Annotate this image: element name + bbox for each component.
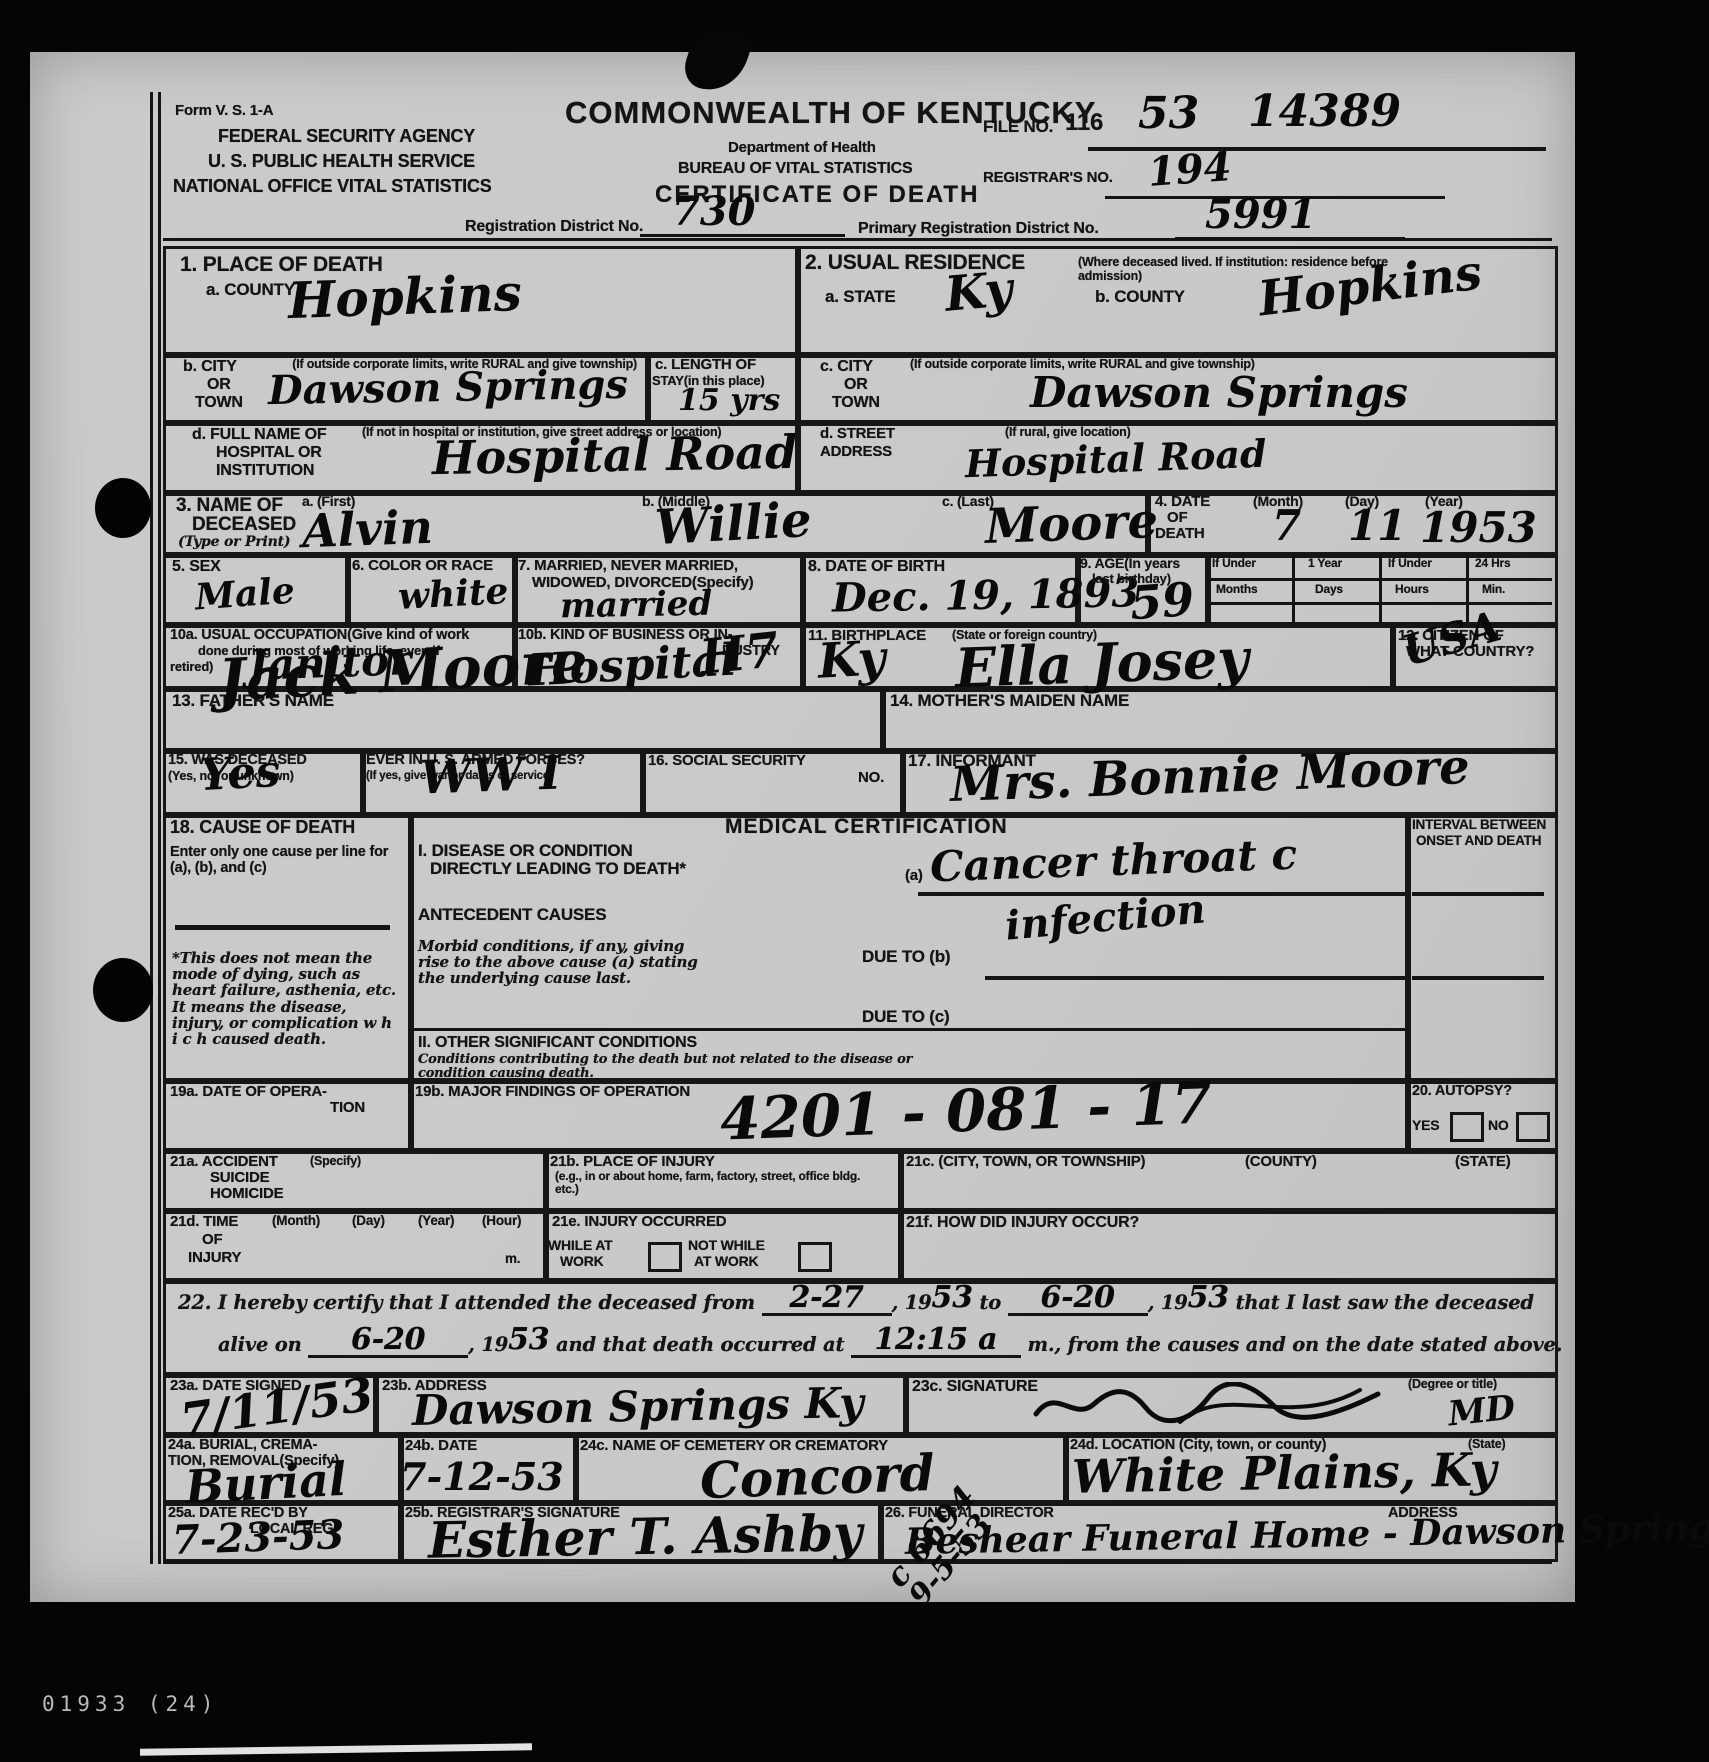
- residence-city-value: Dawson Springs: [1030, 372, 1408, 414]
- certify-time-value: 12:15 a: [874, 1322, 997, 1357]
- street-label-1: d. STREET: [820, 426, 895, 442]
- father-name-annotation: H7: [698, 626, 781, 682]
- other-conditions-note: Conditions contributing to the death but…: [418, 1053, 978, 1082]
- agebox-hline-1: [1205, 578, 1552, 581]
- certify-from-blank: 2-27: [762, 1292, 892, 1316]
- hospital-label-2: HOSPITAL OR: [216, 444, 322, 461]
- form-number: Form V. S. 1-A: [175, 103, 273, 119]
- agebox-sub-4: Min.: [1482, 583, 1505, 596]
- residence-city-label: c. CITY: [820, 358, 873, 375]
- medical-certification-title: MEDICAL CERTIFICATION: [725, 816, 1008, 839]
- physician-signature: [1030, 1382, 1390, 1428]
- agebox-vline-2: [1379, 552, 1382, 622]
- residence-state-label: a. STATE: [825, 288, 896, 306]
- degree-title-value: MD: [1446, 1391, 1516, 1432]
- birthplace-value: Ky: [817, 634, 887, 685]
- interval-label-2: ONSET AND DEATH: [1416, 834, 1541, 849]
- ssn-label-1: 16. SOCIAL SECURITY: [648, 753, 806, 769]
- other-conditions-topline: [408, 1028, 1405, 1031]
- certify-line-2: alive on 6-20, 1953 and that death occur…: [218, 1334, 1562, 1358]
- was-deceased-value: Yes: [199, 750, 282, 798]
- cause-of-death-note: *This does not mean the mode of dying, s…: [172, 950, 402, 1047]
- scanned-death-certificate: Form V. S. 1-A FEDERAL SECURITY AGENCY U…: [0, 0, 1709, 1762]
- homicide-label: HOMICIDE: [210, 1186, 283, 1202]
- agebox-head-3: If Under: [1388, 557, 1432, 570]
- dept-line: Department of Health: [728, 140, 876, 156]
- death-year-value: 1953: [1420, 507, 1537, 549]
- date-of-death-label-2: OF: [1167, 510, 1187, 526]
- certify-to-word: to: [979, 1291, 1001, 1314]
- marital-label-1: 7. MARRIED, NEVER MARRIED,: [518, 558, 738, 574]
- street-value: Hospital Road: [964, 435, 1267, 484]
- while-at-work-label-2: WORK: [560, 1254, 604, 1269]
- interval-line-a: [1412, 892, 1544, 896]
- certify-alive-label: alive on: [218, 1333, 302, 1356]
- sex-value: Male: [194, 573, 296, 616]
- hospital-label-1: d. FULL NAME OF: [192, 426, 326, 443]
- reg-district-label: Registration District No.: [465, 218, 643, 235]
- injury-state-label: (STATE): [1455, 1154, 1511, 1170]
- bureau-line: BUREAU OF VITAL STATISTICS: [678, 160, 913, 177]
- armed-forces-value: WW I: [419, 750, 561, 801]
- agebox-sub-3: Hours: [1395, 583, 1429, 596]
- degree-title-label: (Degree or title): [1408, 1378, 1497, 1392]
- due-to-c-label: DUE TO (c): [862, 1008, 949, 1026]
- other-conditions-label: II. OTHER SIGNIFICANT CONDITIONS: [418, 1034, 697, 1051]
- punch-hole-top: [95, 478, 151, 538]
- antecedent-label: ANTECEDENT CAUSES: [418, 906, 606, 924]
- agency-line-2: U. S. PUBLIC HEALTH SERVICE: [208, 152, 475, 171]
- left-double-rule: [150, 92, 161, 1564]
- agebox-sub-1: Months: [1216, 583, 1257, 596]
- operation-date-label-1: 19a. DATE OF OPERA-: [170, 1084, 327, 1100]
- certify-tail-1: that I last saw the deceased: [1236, 1291, 1534, 1314]
- while-at-work-label-1: WHILE AT: [548, 1238, 613, 1253]
- accident-specify-note: (Specify): [310, 1155, 361, 1169]
- cause-a-value: Cancer throat c: [929, 834, 1297, 889]
- autopsy-label: 20. AUTOPSY?: [1412, 1084, 1512, 1100]
- agebox-hline-2: [1205, 602, 1552, 605]
- injury-day-label: (Day): [352, 1214, 385, 1229]
- occupation-label-3: retired): [170, 660, 213, 674]
- how-injury-label: 21f. HOW DID INJURY OCCUR?: [906, 1214, 1139, 1231]
- time-of-injury-label-1: 21d. TIME: [170, 1214, 238, 1230]
- death-county-label: a. COUNTY: [206, 281, 295, 299]
- ssn-label-2: NO.: [858, 770, 884, 786]
- burial-date-label: 24b. DATE: [405, 1438, 477, 1454]
- registrar-no-handwritten: 194: [1147, 147, 1233, 193]
- major-findings-label: 19b. MAJOR FINDINGS OF OPERATION: [415, 1084, 690, 1100]
- while-at-work-checkbox: [648, 1242, 682, 1272]
- certify-to-blank: 6-20: [1008, 1292, 1148, 1316]
- file-no-label: FILE NO.: [983, 118, 1053, 136]
- hospital-label-3: INSTITUTION: [216, 462, 314, 479]
- date-of-death-label-3: DEATH: [1155, 526, 1205, 542]
- death-city-or: OR: [207, 376, 231, 393]
- mother-name-value: Ella Josey: [954, 631, 1249, 695]
- primary-district-label: Primary Registration District No.: [858, 220, 1099, 237]
- disease-condition-label-1: I. DISEASE OR CONDITION: [418, 842, 633, 860]
- death-city-town: TOWN: [195, 394, 243, 411]
- last-name-value: Moore: [984, 497, 1159, 551]
- cause-sidebar-divider: [175, 925, 390, 930]
- interval-line-b: [1412, 976, 1544, 980]
- agebox-head-4: 24 Hrs: [1475, 557, 1511, 570]
- injury-hour-label: (Hour): [482, 1214, 521, 1229]
- autopsy-no-label: NO: [1488, 1118, 1509, 1133]
- registrar-no-label: REGISTRAR'S NO.: [983, 170, 1113, 186]
- name-title-2: DECEASED: [192, 515, 296, 536]
- physician-address-value: Dawson Springs Ky: [412, 1382, 864, 1432]
- punch-hole-bottom: [93, 958, 153, 1022]
- race-value: white: [397, 573, 509, 615]
- marital-value: married: [560, 587, 713, 624]
- age-label-1: 9. AGE(In years: [1080, 556, 1180, 571]
- autopsy-no-checkbox: [1516, 1112, 1550, 1142]
- certify-19a: , 19: [892, 1291, 932, 1314]
- film-frame-code: 01933 (24): [42, 1692, 218, 1716]
- file-no-printed: 116: [1065, 110, 1103, 136]
- agebox-head-2: 1 Year: [1308, 557, 1342, 570]
- injury-year-label: (Year): [418, 1214, 454, 1229]
- cause-a-label: (a): [905, 868, 923, 884]
- certify-alive-blank: 6-20: [308, 1334, 468, 1358]
- certify-from-value: 2-27: [789, 1280, 863, 1315]
- first-name-value: Alvin: [301, 504, 433, 555]
- form-top-double-line: [163, 238, 1552, 241]
- primary-district-handwritten: 5991: [1205, 195, 1316, 235]
- certify-tail-2: m., from the causes and on the date stat…: [1027, 1333, 1562, 1356]
- street-label-2: ADDRESS: [820, 444, 892, 460]
- agebox-vline-1: [1292, 552, 1295, 622]
- signature-label: 23c. SIGNATURE: [912, 1378, 1038, 1395]
- reg-district-line: [640, 234, 845, 237]
- hospital-value: Hospital Road: [432, 429, 798, 481]
- due-to-b-label: DUE TO (b): [862, 948, 950, 966]
- agebox-head-1: If Under: [1212, 557, 1256, 570]
- certify-line-1: 22. I hereby certify that I attended the…: [178, 1292, 1534, 1316]
- death-month-value: 7: [1272, 505, 1301, 547]
- accident-label: 21a. ACCIDENT: [170, 1154, 278, 1170]
- disease-condition-label-2: DIRECTLY LEADING TO DEATH*: [430, 860, 686, 878]
- burial-label-1: 24a. BURIAL, CREMA-: [168, 1438, 317, 1454]
- death-county-value: Hopkins: [287, 268, 522, 326]
- not-while-label-1: NOT WHILE: [688, 1238, 765, 1253]
- age-value: 59: [1128, 576, 1195, 626]
- autopsy-yes-checkbox: [1450, 1112, 1484, 1142]
- due-to-b-line: [985, 976, 1405, 980]
- injury-occurred-label: 21e. INJURY OCCURRED: [552, 1214, 726, 1230]
- certify-year-3: 53: [508, 1322, 549, 1357]
- injury-month-label: (Month): [272, 1214, 320, 1229]
- certify-time-blank: 12:15 a: [851, 1334, 1021, 1358]
- autopsy-yes-label: YES: [1412, 1118, 1439, 1133]
- place-of-injury-note: (e.g., in or about home, farm, factory, …: [555, 1170, 885, 1196]
- file-no-handwritten-1: 53: [1138, 92, 1199, 136]
- certify-year-1: 53: [932, 1280, 973, 1315]
- not-while-label-2: AT WORK: [694, 1254, 758, 1269]
- location-value: White Plains, Ky: [1072, 1446, 1497, 1499]
- stay-value: 15 yrs: [678, 386, 780, 416]
- residence-county-label: b. COUNTY: [1095, 288, 1185, 306]
- interval-label-1: INTERVAL BETWEEN: [1412, 818, 1546, 833]
- injury-hour-m: m.: [505, 1252, 520, 1267]
- not-while-checkbox: [798, 1242, 832, 1272]
- death-city-value: Dawson Springs: [268, 365, 629, 411]
- film-frame-bar: [140, 1743, 532, 1755]
- agency-line-1: FEDERAL SECURITY AGENCY: [218, 127, 475, 146]
- registrar-signature-value: Esther T. Ashby: [428, 1508, 863, 1566]
- cause-of-death-label: 18. CAUSE OF DEATH: [170, 818, 355, 837]
- agebox-sub-2: Days: [1315, 583, 1343, 596]
- residence-city-or: OR: [844, 376, 868, 393]
- certify-occurred-label: and that death occurred at: [556, 1333, 844, 1356]
- residence-state-value: Ky: [943, 265, 1014, 319]
- cemetery-value: Concord: [699, 1448, 935, 1506]
- time-of-injury-label-3: INJURY: [188, 1250, 241, 1266]
- certify-pre: 22. I hereby certify that I attended the…: [178, 1291, 755, 1314]
- stay-label-1: c. LENGTH OF: [655, 357, 756, 373]
- suicide-label: SUICIDE: [210, 1170, 269, 1186]
- certify-alive-value: 6-20: [351, 1322, 425, 1357]
- certify-year-2: 53: [1188, 1280, 1229, 1315]
- death-day-value: 11: [1348, 505, 1406, 547]
- sex-label: 5. SEX: [172, 558, 221, 575]
- operation-date-label-2: TION: [330, 1100, 365, 1116]
- cause-of-death-sub: Enter only one cause per line for (a), (…: [170, 845, 400, 876]
- time-of-injury-label-2: OF: [202, 1232, 222, 1248]
- major-findings-value: 4201 - 081 - 17: [719, 1073, 1213, 1148]
- burial-date-value: 7-12-53: [400, 1458, 564, 1496]
- morbid-note: Morbid conditions, if any, giving rise t…: [418, 938, 718, 987]
- date-of-death-label-1: 4. DATE: [1155, 494, 1210, 510]
- interval-column: [1405, 812, 1558, 1084]
- residence-city-town: TOWN: [832, 394, 880, 411]
- burial-value: Burial: [184, 1456, 348, 1510]
- father-name-value: Jack Moore: [217, 632, 589, 709]
- certify-19b: , 19: [1148, 1291, 1188, 1314]
- place-of-injury-label: 21b. PLACE OF INJURY: [550, 1154, 715, 1170]
- certify-to-value: 6-20: [1041, 1280, 1115, 1315]
- file-no-handwritten-2: 14389: [1248, 90, 1401, 134]
- agency-line-3: NATIONAL OFFICE VITAL STATISTICS: [173, 177, 492, 196]
- injury-city-label: 21c. (CITY, TOWN, OR TOWNSHIP): [906, 1154, 1145, 1170]
- middle-name-value: Willie: [654, 496, 813, 552]
- injury-county-label: (COUNTY): [1245, 1154, 1317, 1170]
- certify-19c: , 19: [468, 1333, 508, 1356]
- death-city-label: b. CITY: [183, 358, 237, 375]
- name-title-3: (Type or Print): [178, 535, 290, 550]
- date-received-value: 7-23-53: [171, 1515, 345, 1561]
- reg-district-handwritten: 730: [672, 192, 756, 232]
